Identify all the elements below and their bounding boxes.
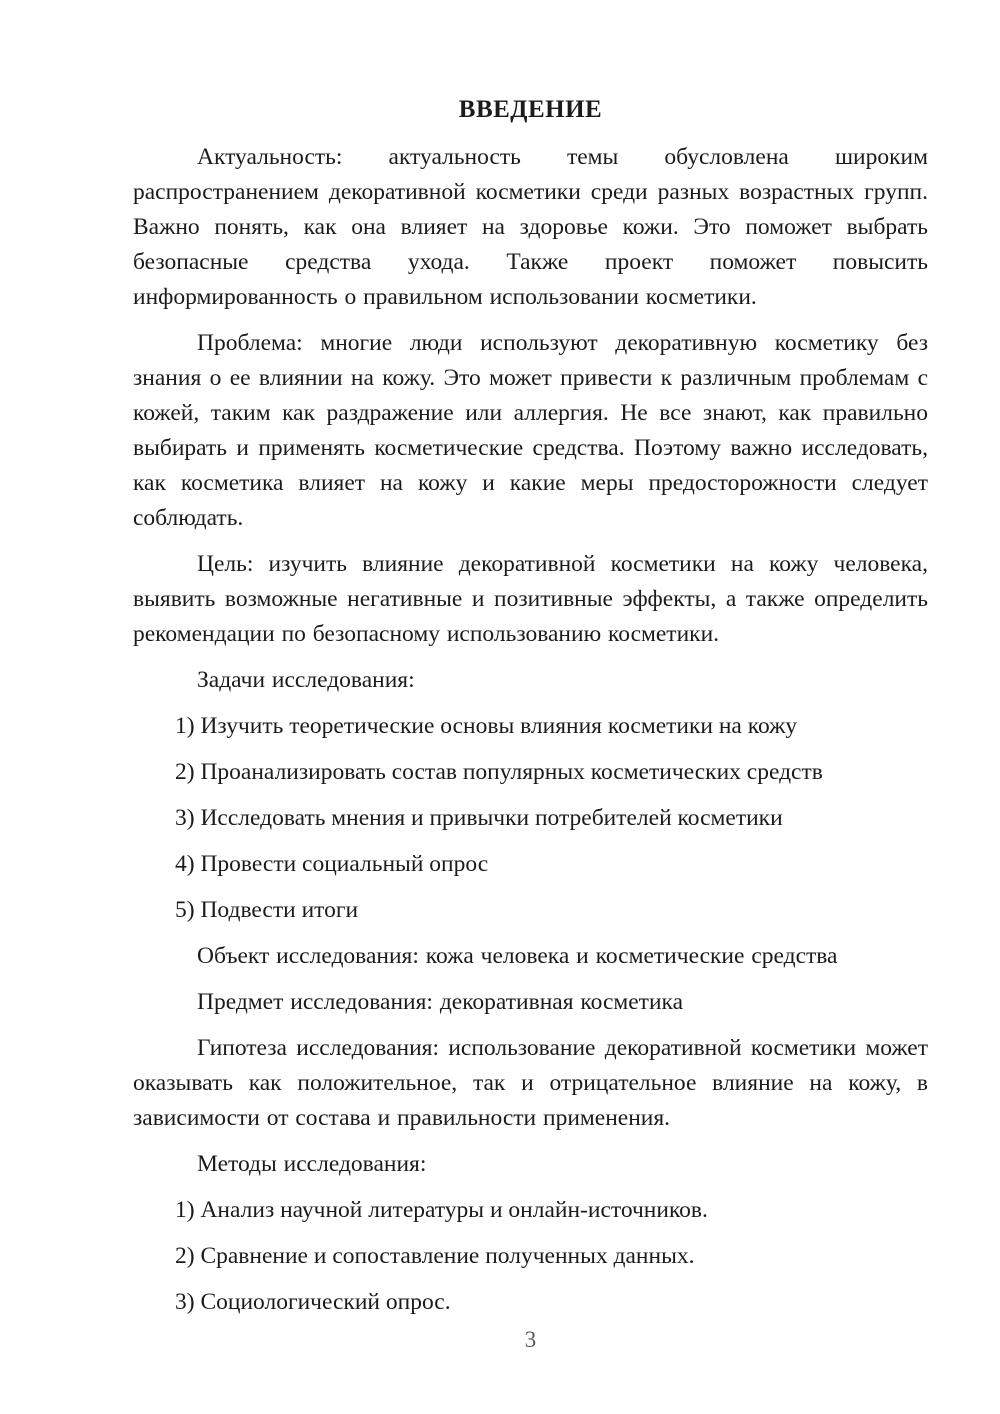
paragraph-gipoteza: Гипотеза исследования: использование дек… [133, 1031, 928, 1136]
method-item-2: 2) Сравнение и сопоставление полученных … [175, 1239, 886, 1274]
task-item-5: 5) Подвести итоги [175, 893, 886, 928]
page-title: ВВЕДЕНИЕ [133, 92, 928, 127]
task-item-4: 4) Провести социальный опрос [175, 847, 886, 882]
paragraph-tsel: Цель: изучить влияние декоративной косме… [133, 547, 928, 652]
method-item-3: 3) Социологический опрос. [175, 1285, 886, 1320]
tasks-heading: Задачи исследования: [133, 663, 928, 698]
document-page: ВВЕДЕНИЕ Актуальность: актуальность темы… [0, 0, 1000, 1414]
methods-heading: Методы исследования: [133, 1147, 928, 1182]
page-number: 3 [133, 1322, 928, 1357]
paragraph-problema: Проблема: многие люди используют декорат… [133, 326, 928, 536]
task-item-3: 3) Исследовать мнения и привычки потреби… [175, 801, 886, 836]
methods-list: 1) Анализ научной литературы и онлайн-ис… [133, 1193, 928, 1320]
tasks-list: 1) Изучить теоретические основы влияния … [133, 709, 928, 928]
document-content: ВВЕДЕНИЕ Актуальность: актуальность темы… [133, 92, 928, 1331]
task-item-1: 1) Изучить теоретические основы влияния … [175, 709, 886, 744]
task-item-2: 2) Проанализировать состав популярных ко… [175, 755, 886, 790]
paragraph-obekt: Объект исследования: кожа человека и кос… [133, 939, 928, 974]
paragraph-predmet: Предмет исследования: декоративная косме… [133, 985, 928, 1020]
method-item-1: 1) Анализ научной литературы и онлайн-ис… [175, 1193, 886, 1228]
paragraph-aktualnost: Актуальность: актуальность темы обусловл… [133, 140, 928, 315]
